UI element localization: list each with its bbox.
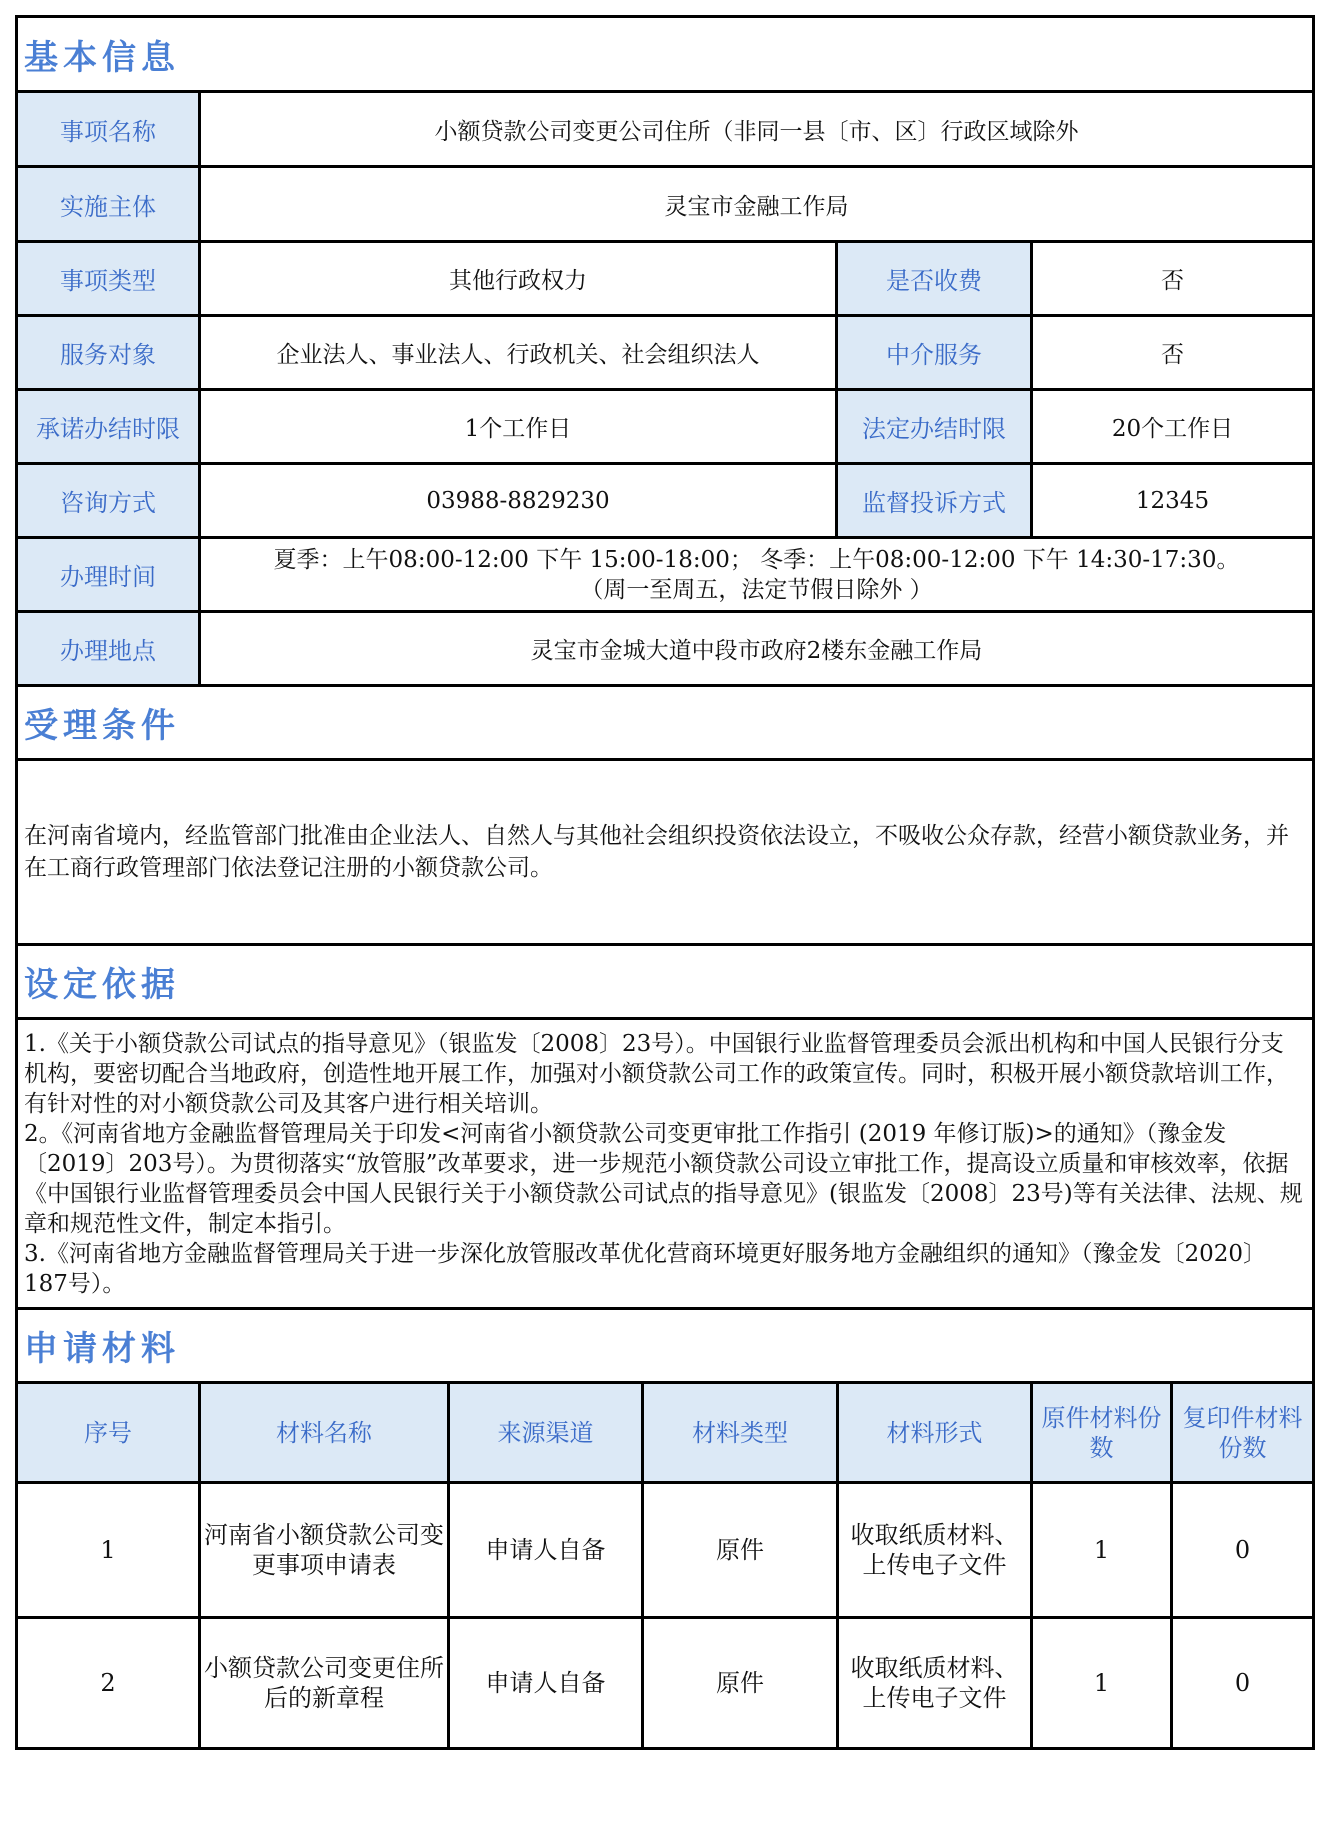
info-row-contact: 咨询方式 03988-8829230 监督投诉方式 12345 — [17, 464, 1314, 538]
section-title: 申请材料 — [18, 1329, 180, 1369]
value-fee: 否 — [1032, 242, 1314, 316]
cell-source: 申请人自备 — [449, 1618, 643, 1749]
value-location: 灵宝市金城大道中段市政府2楼东金融工作局 — [200, 612, 1314, 686]
label-item-name: 事项名称 — [17, 92, 200, 167]
cell-type: 原件 — [643, 1483, 838, 1618]
cell-no: 2 — [17, 1618, 200, 1749]
col-header-source: 来源渠道 — [449, 1383, 643, 1483]
value-item-type: 其他行政权力 — [200, 242, 837, 316]
col-header-form: 材料形式 — [838, 1383, 1032, 1483]
value-promised-limit: 1个工作日 — [200, 390, 837, 464]
label-consult: 咨询方式 — [17, 464, 200, 538]
info-row-implementing-body: 实施主体 灵宝市金融工作局 — [17, 167, 1314, 242]
label-service-target: 服务对象 — [17, 316, 200, 390]
cell-form: 收取纸质材料、上传电子文件 — [838, 1483, 1032, 1618]
info-row-service-target: 服务对象 企业法人、事业法人、行政机关、社会组织法人 中介服务 否 — [17, 316, 1314, 390]
label-intermediary: 中介服务 — [837, 316, 1032, 390]
cell-name: 河南省小额贷款公司变更事项申请表 — [200, 1483, 449, 1618]
col-header-originals: 原件材料份数 — [1032, 1383, 1172, 1483]
basis-item-1: 1.《关于小额贷款公司试点的指导意见》（银监发〔2008〕23号）。中国银行业监… — [24, 1029, 1306, 1119]
value-implementing-body: 灵宝市金融工作局 — [200, 167, 1314, 242]
label-legal-limit: 法定办结时限 — [837, 390, 1032, 464]
label-hours: 办理时间 — [17, 538, 200, 612]
label-location: 办理地点 — [17, 612, 200, 686]
label-complaint: 监督投诉方式 — [837, 464, 1032, 538]
value-service-target: 企业法人、事业法人、行政机关、社会组织法人 — [200, 316, 837, 390]
info-row-hours: 办理时间 夏季：上午08:00-12:00 下午 15:00-18:00； 冬季… — [17, 538, 1314, 612]
section-header-basis: 设定依据 — [17, 945, 1314, 1019]
basis-item-2: 2。《河南省地方金融监督管理局关于印发<河南省小额贷款公司变更审批工作指引 (2… — [24, 1119, 1306, 1239]
table-row: 2 小额贷款公司变更住所后的新章程 申请人自备 原件 收取纸质材料、上传电子文件… — [17, 1618, 1314, 1749]
value-intermediary: 否 — [1032, 316, 1314, 390]
col-header-type: 材料类型 — [643, 1383, 838, 1483]
cell-originals: 1 — [1032, 1618, 1172, 1749]
section-header-materials: 申请材料 — [17, 1309, 1314, 1383]
cell-name: 小额贷款公司变更住所后的新章程 — [200, 1618, 449, 1749]
label-implementing-body: 实施主体 — [17, 167, 200, 242]
info-row-item-type: 事项类型 其他行政权力 是否收费 否 — [17, 242, 1314, 316]
section-title: 基本信息 — [18, 38, 180, 78]
section-title: 受理条件 — [18, 706, 180, 746]
cell-no: 1 — [17, 1483, 200, 1618]
info-row-time-limit: 承诺办结时限 1个工作日 法定办结时限 20个工作日 — [17, 390, 1314, 464]
cell-source: 申请人自备 — [449, 1483, 643, 1618]
value-item-name: 小额贷款公司变更公司住所（非同一县〔市、区〕行政区域除外 — [200, 92, 1314, 167]
value-complaint-phone: 12345 — [1032, 464, 1314, 538]
conditions-text: 在河南省境内，经监管部门批准由企业法人、自然人与其他社会组织投资依法设立，不吸收… — [17, 760, 1314, 945]
col-header-copies: 复印件材料份数 — [1172, 1383, 1314, 1483]
value-legal-limit: 20个工作日 — [1032, 390, 1314, 464]
cell-type: 原件 — [643, 1618, 838, 1749]
info-row-location: 办理地点 灵宝市金城大道中段市政府2楼东金融工作局 — [17, 612, 1314, 686]
cell-copies: 0 — [1172, 1618, 1314, 1749]
label-promised-limit: 承诺办结时限 — [17, 390, 200, 464]
section-header-conditions: 受理条件 — [17, 686, 1314, 760]
basic-info-table: 基本信息 事项名称 小额贷款公司变更公司住所（非同一县〔市、区〕行政区域除外 实… — [15, 15, 1315, 1384]
cell-form: 收取纸质材料、上传电子文件 — [838, 1618, 1032, 1749]
section-header-basic-info: 基本信息 — [17, 17, 1314, 92]
basis-item-3: 3.《河南省地方金融监督管理局关于进一步深化放管服改革优化营商环境更好服务地方金… — [24, 1239, 1306, 1299]
label-fee: 是否收费 — [837, 242, 1032, 316]
materials-header-row: 序号 材料名称 来源渠道 材料类型 材料形式 原件材料份数 复印件材料份数 — [17, 1383, 1314, 1483]
cell-copies: 0 — [1172, 1483, 1314, 1618]
value-hours: 夏季：上午08:00-12:00 下午 15:00-18:00； 冬季：上午08… — [200, 538, 1314, 612]
hours-line-1: 夏季：上午08:00-12:00 下午 15:00-18:00； 冬季：上午08… — [201, 545, 1312, 575]
cell-originals: 1 — [1032, 1483, 1172, 1618]
col-header-no: 序号 — [17, 1383, 200, 1483]
basis-text: 1.《关于小额贷款公司试点的指导意见》（银监发〔2008〕23号）。中国银行业监… — [17, 1019, 1314, 1309]
materials-table: 序号 材料名称 来源渠道 材料类型 材料形式 原件材料份数 复印件材料份数 1 … — [15, 1381, 1315, 1750]
col-header-name: 材料名称 — [200, 1383, 449, 1483]
section-title: 设定依据 — [18, 965, 180, 1005]
value-consult-phone: 03988-8829230 — [200, 464, 837, 538]
table-row: 1 河南省小额贷款公司变更事项申请表 申请人自备 原件 收取纸质材料、上传电子文… — [17, 1483, 1314, 1618]
document-page: 基本信息 事项名称 小额贷款公司变更公司住所（非同一县〔市、区〕行政区域除外 实… — [15, 15, 1312, 1750]
hours-line-2: （周一至周五，法定节假日除外 ） — [201, 575, 1312, 605]
label-item-type: 事项类型 — [17, 242, 200, 316]
info-row-item-name: 事项名称 小额贷款公司变更公司住所（非同一县〔市、区〕行政区域除外 — [17, 92, 1314, 167]
